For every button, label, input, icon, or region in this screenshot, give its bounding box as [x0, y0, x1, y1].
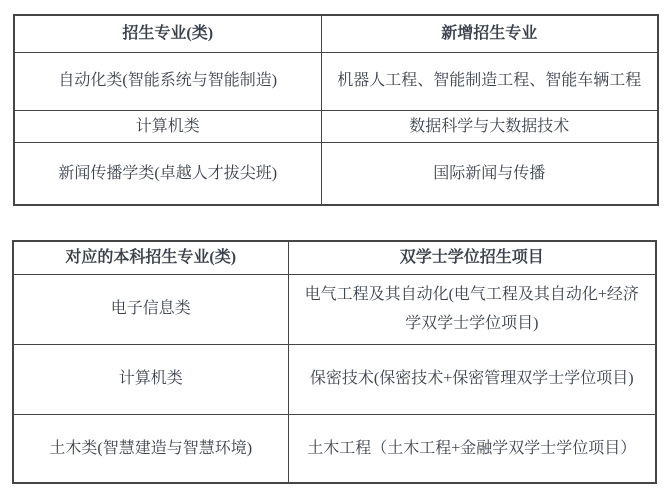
cell-new-majors: 国际新闻与传播 [321, 143, 658, 205]
header-cell-undergrad-major: 对应的本科招生专业(类) [13, 241, 288, 274]
cell-dual-degree-program: 保密技术(保密技术+保密管理双学士学位项目) [288, 344, 656, 414]
table-row: 计算机类 保密技术(保密技术+保密管理双学士学位项目) [13, 344, 656, 414]
table-row: 计算机类 数据科学与大数据技术 [14, 110, 658, 143]
header-cell-dual-degree-program: 双学士学位招生项目 [288, 241, 656, 274]
header-cell-major-category: 招生专业(类) [14, 15, 321, 52]
table-header-row: 招生专业(类) 新增招生专业 [14, 15, 658, 52]
dual-degree-table: 对应的本科招生专业(类) 双学士学位招生项目 电子信息类 电气工程及其自动化(电… [12, 240, 657, 484]
cell-major-category: 计算机类 [14, 110, 321, 143]
header-cell-new-majors: 新增招生专业 [321, 15, 658, 52]
table-row: 土木类(智慧建造与智慧环境) 土木工程（土木工程+金融学双学士学位项目） [13, 414, 656, 483]
table-header-row: 对应的本科招生专业(类) 双学士学位招生项目 [13, 241, 656, 274]
cell-major-category: 新闻传播学类(卓越人才拔尖班) [14, 143, 321, 205]
table-row: 自动化类(智能系统与智能制造) 机器人工程、智能制造工程、智能车辆工程 [14, 52, 658, 110]
table-row: 电子信息类 电气工程及其自动化(电气工程及其自动化+经济 学双学士学位项目) [13, 274, 656, 344]
table-row: 新闻传播学类(卓越人才拔尖班) 国际新闻与传播 [14, 143, 658, 205]
cell-new-majors: 机器人工程、智能制造工程、智能车辆工程 [321, 52, 658, 110]
cell-dual-degree-program: 电气工程及其自动化(电气工程及其自动化+经济 学双学士学位项目) [288, 274, 656, 344]
new-majors-table: 招生专业(类) 新增招生专业 自动化类(智能系统与智能制造) 机器人工程、智能制… [13, 14, 659, 206]
cell-undergrad-major: 电子信息类 [13, 274, 288, 344]
cell-dual-degree-program: 土木工程（土木工程+金融学双学士学位项目） [288, 414, 656, 483]
cell-major-category: 自动化类(智能系统与智能制造) [14, 52, 321, 110]
cell-undergrad-major: 土木类(智慧建造与智慧环境) [13, 414, 288, 483]
cell-new-majors: 数据科学与大数据技术 [321, 110, 658, 143]
cell-undergrad-major: 计算机类 [13, 344, 288, 414]
